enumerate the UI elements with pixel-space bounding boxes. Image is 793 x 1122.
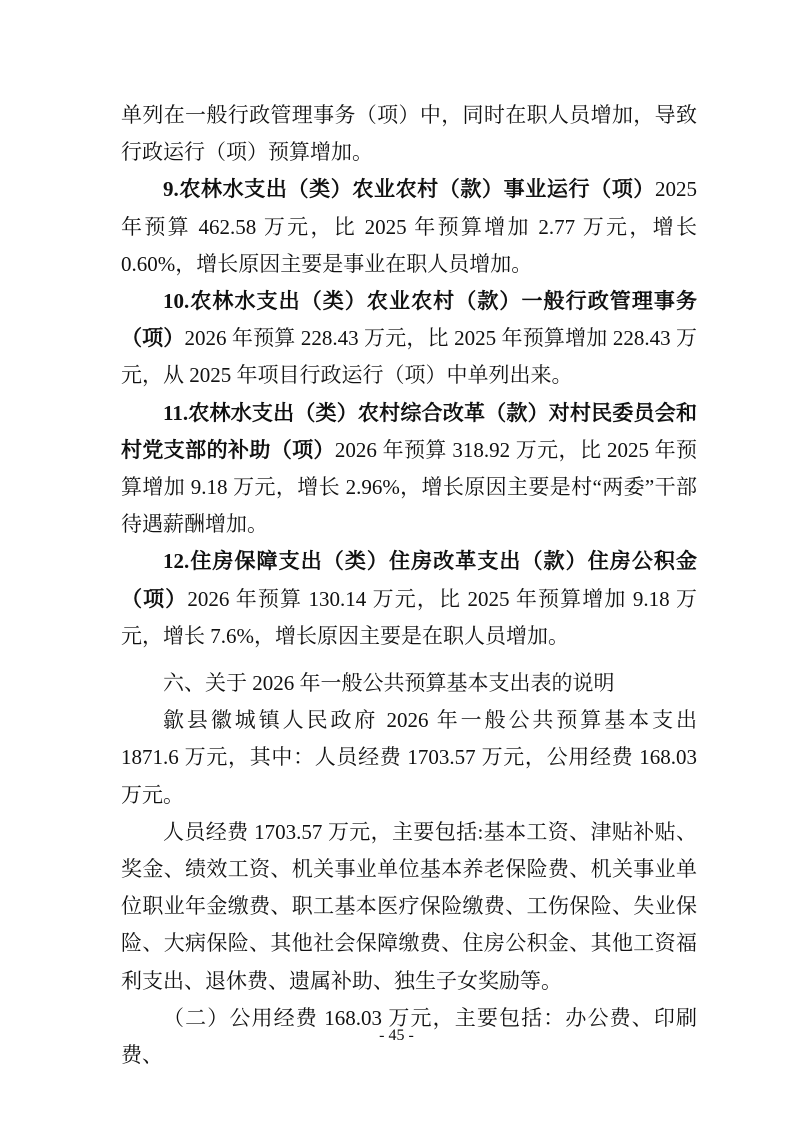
- document-page: 单列在一般行政管理事务（项）中，同时在职人员增加，导致行政运行（项）预算增加。9…: [0, 0, 793, 1122]
- document-body: 单列在一般行政管理事务（项）中，同时在职人员增加，导致行政运行（项）预算增加。9…: [121, 97, 697, 1074]
- paragraph: 11.农林水支出（类）农村综合改革（款）对村民委员会和村党支部的补助（项）202…: [121, 395, 697, 544]
- page-number: - 45 -: [0, 1026, 793, 1046]
- paragraph: 人员经费 1703.57 万元，主要包括:基本工资、津贴补贴、奖金、绩效工资、机…: [121, 814, 697, 1000]
- text-segment: 人员经费 1703.57 万元，主要包括:基本工资、津贴补贴、奖金、绩效工资、机…: [121, 820, 697, 993]
- text-segment-bold: 9.农林水支出（类）农业农村（款）事业运行（项）: [163, 177, 655, 201]
- text-segment: 六、关于 2026 年一般公共预算基本支出表的说明: [163, 671, 615, 695]
- paragraph: 10.农林水支出（类）农业农村（款）一般行政管理事务（项）2026 年预算 22…: [121, 283, 697, 395]
- paragraph: 单列在一般行政管理事务（项）中，同时在职人员增加，导致行政运行（项）预算增加。: [121, 97, 697, 171]
- paragraph: 六、关于 2026 年一般公共预算基本支出表的说明: [121, 665, 697, 702]
- paragraph: 9.农林水支出（类）农业农村（款）事业运行（项）2025 年预算 462.58 …: [121, 171, 697, 283]
- text-segment: 歙县徽城镇人民政府 2026 年一般公共预算基本支出 1871.6 万元，其中：…: [121, 708, 697, 806]
- paragraph: 12.住房保障支出（类）住房改革支出（款）住房公积金（项）2026 年预算 13…: [121, 543, 697, 655]
- text-segment: 单列在一般行政管理事务（项）中，同时在职人员增加，导致行政运行（项）预算增加。: [121, 103, 697, 164]
- text-segment: 2026 年预算 130.14 万元，比 2025 年预算增加 9.18 万元，…: [121, 587, 697, 648]
- paragraph: 歙县徽城镇人民政府 2026 年一般公共预算基本支出 1871.6 万元，其中：…: [121, 702, 697, 814]
- text-segment: 2026 年预算 228.43 万元，比 2025 年预算增加 228.43 万…: [121, 326, 697, 387]
